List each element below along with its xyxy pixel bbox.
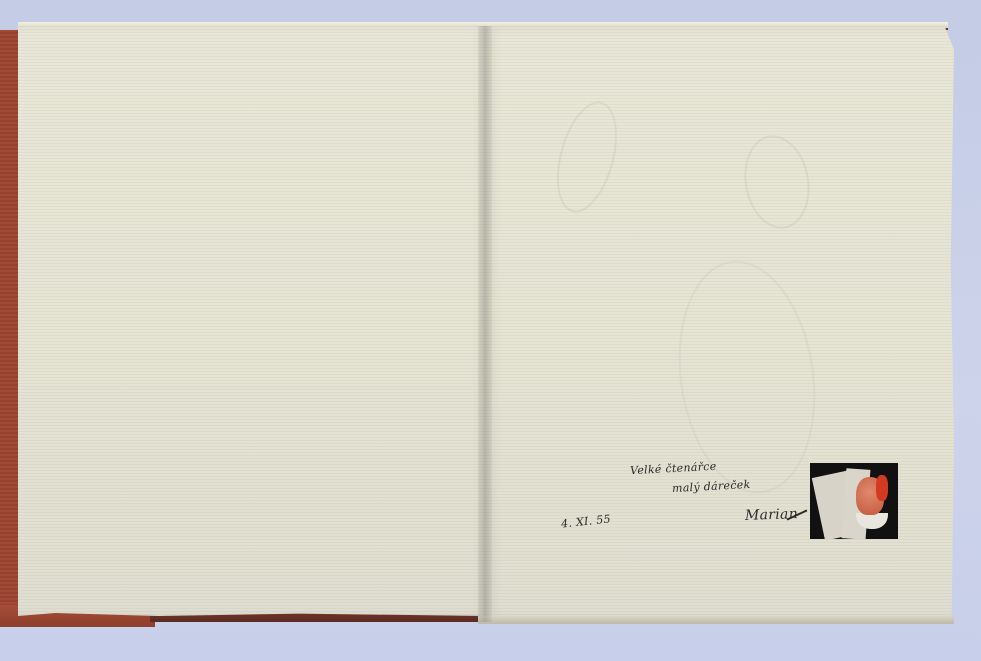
book-gutter [478, 26, 492, 622]
pages-bottom-edge [478, 616, 954, 624]
left-page [18, 26, 486, 616]
collage-figure-hair [876, 475, 888, 501]
collage-image [810, 463, 898, 539]
photo-scene: Velké čtenářce malý dáreček 4. XI. 55 Ma… [0, 0, 981, 661]
signature: Marian [745, 506, 799, 524]
